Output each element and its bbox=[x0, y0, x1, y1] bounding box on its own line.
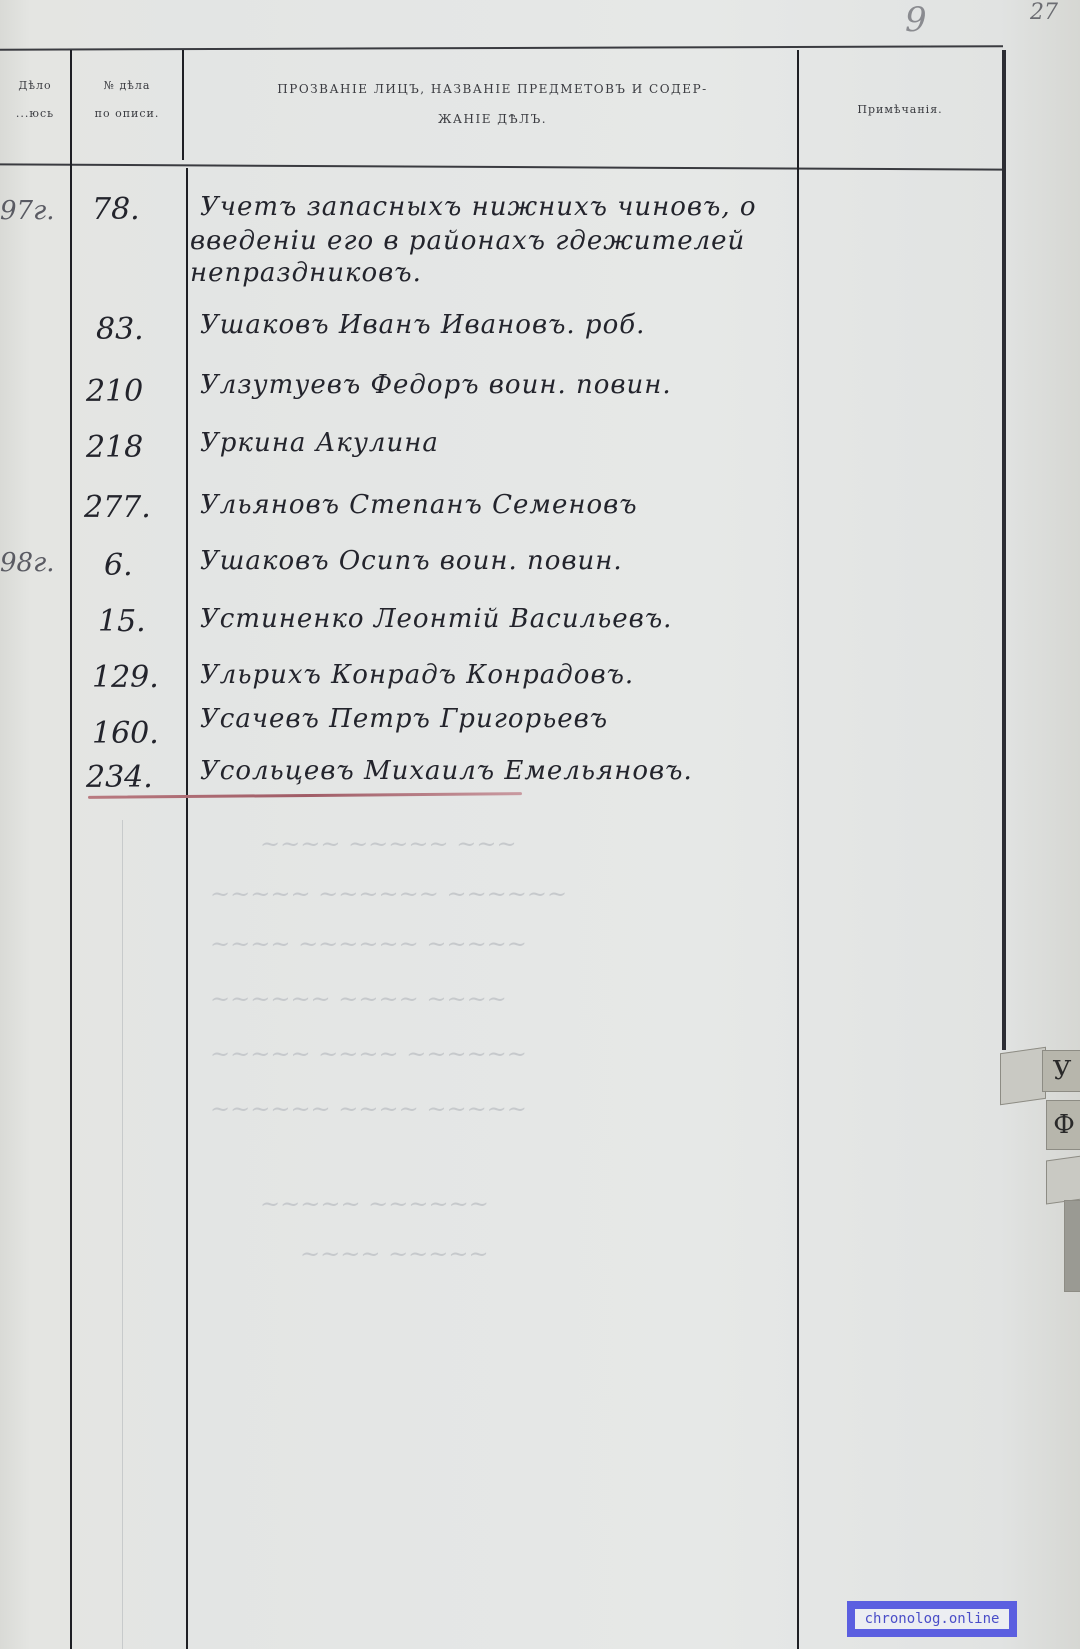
header-col-notes-line1: Примѣчанiя. bbox=[800, 96, 1000, 124]
column-rule-1 bbox=[70, 50, 72, 1649]
bleed-through-text: ~~~~~ ~~~~~~ bbox=[260, 1190, 489, 1218]
index-tabs: У Ф bbox=[1000, 1050, 1080, 1250]
header-col-year-line1: Дѣло bbox=[0, 72, 70, 100]
header-bottom-rule bbox=[0, 163, 1003, 170]
entry-line: Ушаковъ Иванъ Ивановъ. роб. bbox=[200, 310, 645, 340]
bleed-through-text: ~~~~ ~~~~~ bbox=[300, 1240, 489, 1268]
header-col-year-line2: ...юсь bbox=[0, 100, 70, 128]
right-border-rule bbox=[1002, 50, 1006, 1050]
case-number: 15. bbox=[98, 604, 146, 639]
bleed-through-text: ~~~~~~ ~~~~ ~~~~ bbox=[210, 985, 507, 1013]
index-tab-u: У bbox=[1042, 1050, 1080, 1092]
column-rule-2 bbox=[182, 50, 184, 160]
case-number: 210 bbox=[86, 374, 143, 409]
year-mark-1898: 98г. bbox=[0, 548, 55, 578]
header-col-content: ПРОЗВАНIЕ ЛИЦЪ, НАЗВАНIЕ ПРЕДМЕТОВЪ И СО… bbox=[190, 74, 795, 134]
entry-line: Ульяновъ Степанъ Семеновъ bbox=[200, 490, 638, 520]
index-tab-flap-2 bbox=[1046, 1155, 1080, 1204]
bleed-through-text: ~~~~~~ ~~~~ ~~~~~ bbox=[210, 1095, 527, 1123]
case-number: 160. bbox=[92, 716, 159, 751]
entry-line: Усачевъ Петръ Григорьевъ bbox=[200, 704, 608, 734]
bleed-through-text: ~~~~~ ~~~~~~ ~~~~~~ bbox=[210, 880, 567, 908]
register-page: 9 27 Дѣло ...юсь № дѣла по описи. ПРОЗВА… bbox=[0, 0, 1080, 1649]
entry-line: Учетъ запасныхъ нижнихъ чиновъ, о bbox=[200, 192, 757, 222]
closing-red-rule bbox=[88, 792, 522, 799]
site-watermark: chronolog.online bbox=[847, 1601, 1017, 1637]
index-tab-f: Ф bbox=[1046, 1100, 1080, 1150]
header-top-rule bbox=[0, 45, 1003, 51]
folio-number: 27 bbox=[1030, 0, 1058, 25]
case-number: 218 bbox=[86, 430, 143, 465]
page-stamp-number: 9 bbox=[905, 0, 927, 40]
column-rule-3 bbox=[797, 50, 799, 1649]
bleed-through-text: ~~~~~ ~~~~ ~~~~~~ bbox=[210, 1040, 527, 1068]
header-col-case-no: № дѣла по описи. bbox=[72, 72, 182, 128]
header-col-content-line2: ЖАНIЕ ДѢЛЪ. bbox=[190, 104, 795, 134]
header-col-content-line1: ПРОЗВАНIЕ ЛИЦЪ, НАЗВАНIЕ ПРЕДМЕТОВЪ И СО… bbox=[190, 74, 795, 104]
index-tab-edge bbox=[1064, 1200, 1080, 1292]
case-number: 129. bbox=[92, 660, 159, 695]
entry-line: непраздниковъ. bbox=[190, 258, 422, 288]
entry-line: Усольцевъ Михаилъ Емельяновъ. bbox=[200, 756, 693, 786]
header-col-case-no-line2: по описи. bbox=[72, 100, 182, 128]
faint-guide-rule bbox=[122, 820, 123, 1649]
header-col-year: Дѣло ...юсь bbox=[0, 72, 70, 128]
entry-line: Уркина Акулина bbox=[200, 428, 439, 458]
column-rule-2-body bbox=[186, 168, 188, 1649]
bleed-through-text: ~~~~ ~~~~~ ~~~ bbox=[260, 830, 517, 858]
entry-line: Устиненко Леонтiй Васильевъ. bbox=[200, 604, 672, 634]
case-number: 78. bbox=[92, 192, 140, 227]
entry-line: Ушаковъ Осипъ воин. повин. bbox=[200, 546, 623, 576]
watermark-text: chronolog.online bbox=[855, 1609, 1009, 1629]
header-col-case-no-line1: № дѣла bbox=[72, 72, 182, 100]
entry-line: Ульрихъ Конрадъ Конрадовъ. bbox=[200, 660, 634, 690]
index-tab-flap bbox=[1000, 1047, 1046, 1105]
year-mark-1897: 97г. bbox=[0, 196, 55, 226]
case-number: 234. bbox=[86, 760, 153, 795]
case-number: 83. bbox=[96, 312, 144, 347]
entry-line: введенiи его в районахъ гдежителей bbox=[190, 226, 745, 256]
bleed-through-text: ~~~~ ~~~~~~ ~~~~~ bbox=[210, 930, 527, 958]
entry-line: Улзутуевъ Федоръ воин. повин. bbox=[200, 370, 672, 400]
header-col-notes: Примѣчанiя. bbox=[800, 96, 1000, 124]
case-number: 6. bbox=[104, 548, 133, 583]
case-number: 277. bbox=[84, 490, 151, 525]
